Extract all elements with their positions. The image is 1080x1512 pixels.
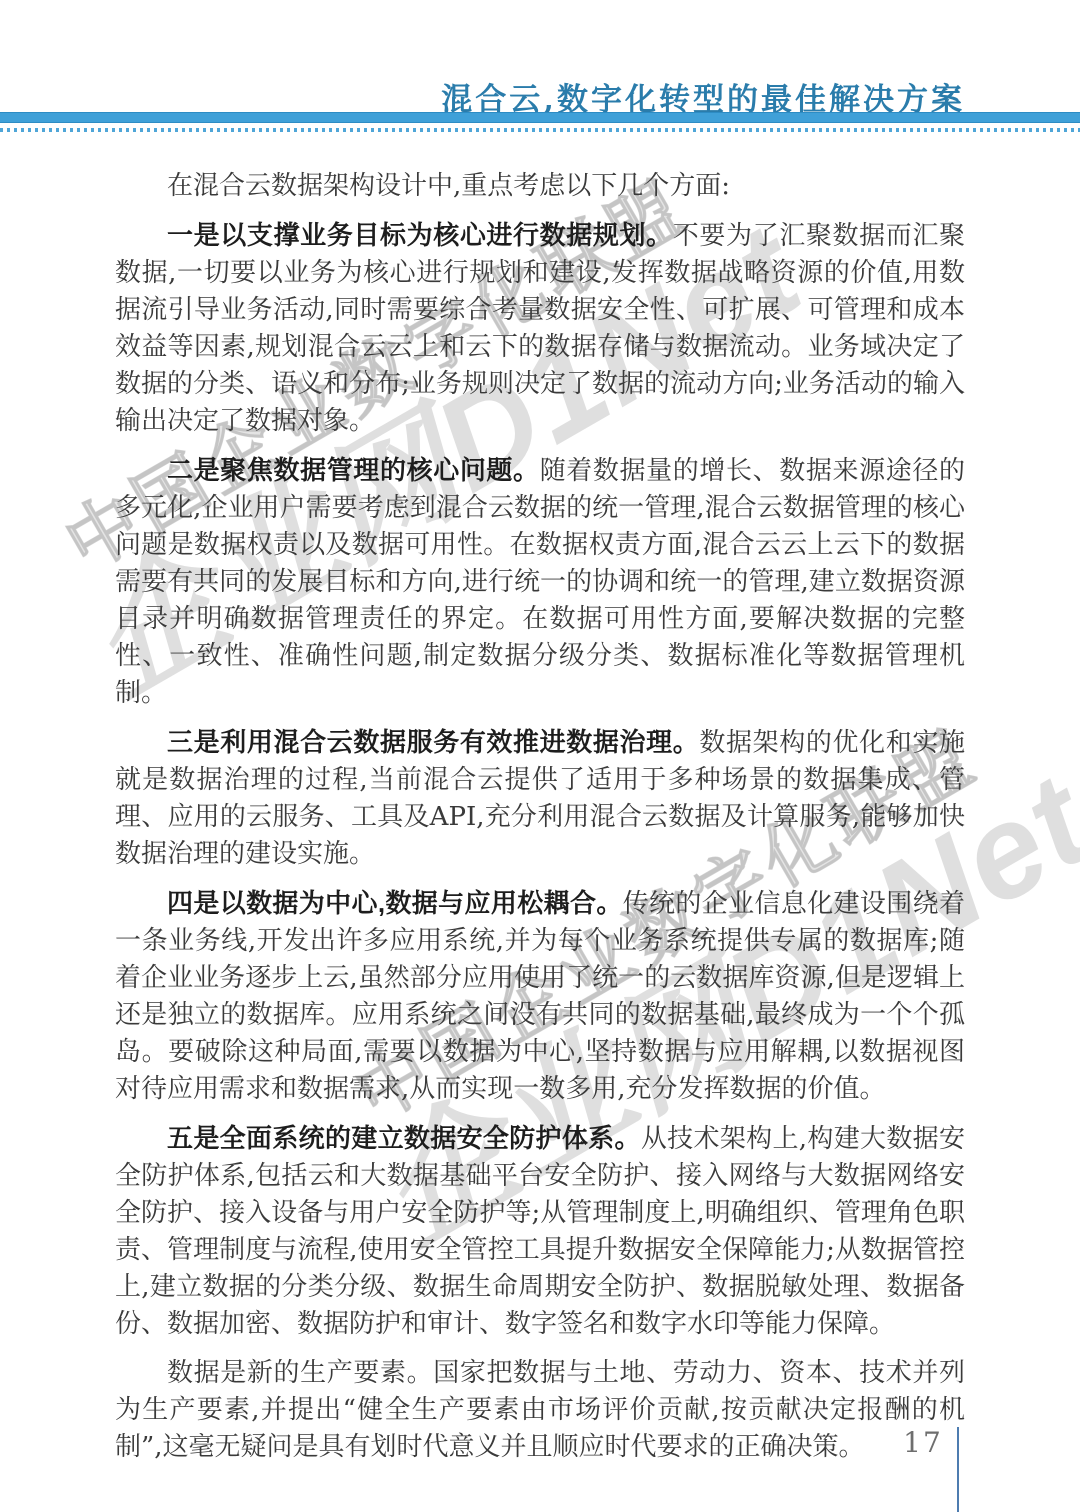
paragraph-lead-2: 二是聚焦数据管理的核心问题。 xyxy=(167,455,540,485)
page-number: 17 xyxy=(893,1426,953,1459)
paragraph-intro: 在混合云数据架构设计中,重点考虑以下几个方面: xyxy=(115,168,965,205)
paragraph-body-1: 不要为了汇聚数据而汇聚数据,一切要以业务为核心进行规划和建设,发挥数据战略资源的… xyxy=(115,221,965,436)
footer-vertical-rule xyxy=(957,1427,959,1512)
paragraph-lead-5: 五是全面系统的建立数据安全防护体系。 xyxy=(167,1123,641,1153)
paragraph-body-2: 随着数据量的增长、数据来源途径的多元化,企业用户需要考虑到混合云数据的统一管理,… xyxy=(115,456,965,708)
paragraph-point-4: 四是以数据为中心,数据与应用松耦合。传统的企业信息化建设围绕着一条业务线,开发出… xyxy=(115,885,965,1108)
body-text: 在混合云数据架构设计中,重点考虑以下几个方面: 一是以支撑业务目标为核心进行数据… xyxy=(115,168,965,1478)
paragraph-lead-4: 四是以数据为中心,数据与应用松耦合。 xyxy=(167,888,623,918)
paragraph-body-4: 传统的企业信息化建设围绕着一条业务线,开发出许多应用系统,并为每个业务系统提供专… xyxy=(115,889,965,1104)
header-rule-dotted xyxy=(0,128,1080,132)
paragraph-body-5: 从技术架构上,构建大数据安全防护体系,包括云和大数据基础平台安全防护、接入网络与… xyxy=(115,1124,965,1339)
paragraph-point-1: 一是以支撑业务目标为核心进行数据规划。不要为了汇聚数据而汇聚数据,一切要以业务为… xyxy=(115,217,965,440)
paragraph-closing: 数据是新的生产要素。国家把数据与土地、劳动力、资本、技术并列为生产要素,并提出“… xyxy=(115,1355,965,1466)
document-page: 中国企业数字化联盟 企业网D1Net 中国企业数字化联盟 企业网D1Net 混合… xyxy=(0,0,1080,1512)
paragraph-point-3: 三是利用混合云数据服务有效推进数据治理。数据架构的优化和实施就是数据治理的过程,… xyxy=(115,724,965,873)
header-rule-solid xyxy=(0,112,1080,123)
paragraph-lead-3: 三是利用混合云数据服务有效推进数据治理。 xyxy=(167,727,699,757)
paragraph-point-2: 二是聚焦数据管理的核心问题。随着数据量的增长、数据来源途径的多元化,企业用户需要… xyxy=(115,452,965,712)
paragraph-point-5: 五是全面系统的建立数据安全防护体系。从技术架构上,构建大数据安全防护体系,包括云… xyxy=(115,1120,965,1343)
paragraph-lead-1: 一是以支撑业务目标为核心进行数据规划。 xyxy=(167,220,673,250)
